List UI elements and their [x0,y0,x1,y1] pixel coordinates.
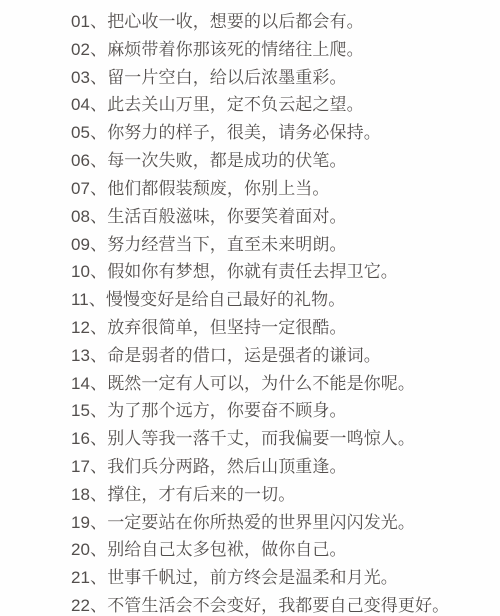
quote-line: 18、撑住，才有后来的一切。 [71,481,494,509]
quote-line: 10、假如你有梦想，你就有责任去捍卫它。 [71,258,494,286]
quote-line: 03、留一片空白，给以后浓墨重彩。 [71,64,494,92]
quote-line: 04、此去关山万里，定不负云起之望。 [71,91,494,119]
quote-line: 16、别人等我一落千丈，而我偏要一鸣惊人。 [71,425,494,453]
quote-line: 14、既然一定有人可以，为什么不能是你呢。 [71,370,494,398]
quote-line: 05、你努力的样子，很美，请务必保持。 [71,119,494,147]
quote-line: 22、不管生活会不会变好，我都要自己变得更好。 [71,592,494,616]
quote-line: 21、世事千帆过，前方终会是温柔和月光。 [71,564,494,592]
quote-line: 09、努力经营当下，直至未来明朗。 [71,231,494,259]
quote-line: 20、别给自己太多包袱，做你自己。 [71,536,494,564]
quote-line: 11、慢慢变好是给自己最好的礼物。 [71,286,494,314]
quote-line: 12、放弃很简单，但坚持一定很酷。 [71,314,494,342]
quote-line: 06、每一次失败，都是成功的伏笔。 [71,147,494,175]
quote-line: 02、麻烦带着你那该死的情绪往上爬。 [71,36,494,64]
quote-line: 08、生活百般滋味，你要笑着面对。 [71,203,494,231]
quote-line: 13、命是弱者的借口，运是强者的谦词。 [71,342,494,370]
quote-list: 01、把心收一收，想要的以后都会有。 02、麻烦带着你那该死的情绪往上爬。 03… [0,0,500,616]
quote-line: 07、他们都假装颓废，你别上当。 [71,175,494,203]
quote-line: 01、把心收一收，想要的以后都会有。 [71,8,494,36]
quote-line: 15、为了那个远方，你要奋不顾身。 [71,397,494,425]
quote-line: 19、一定要站在你所热爱的世界里闪闪发光。 [71,509,494,537]
quote-line: 17、我们兵分两路，然后山顶重逢。 [71,453,494,481]
